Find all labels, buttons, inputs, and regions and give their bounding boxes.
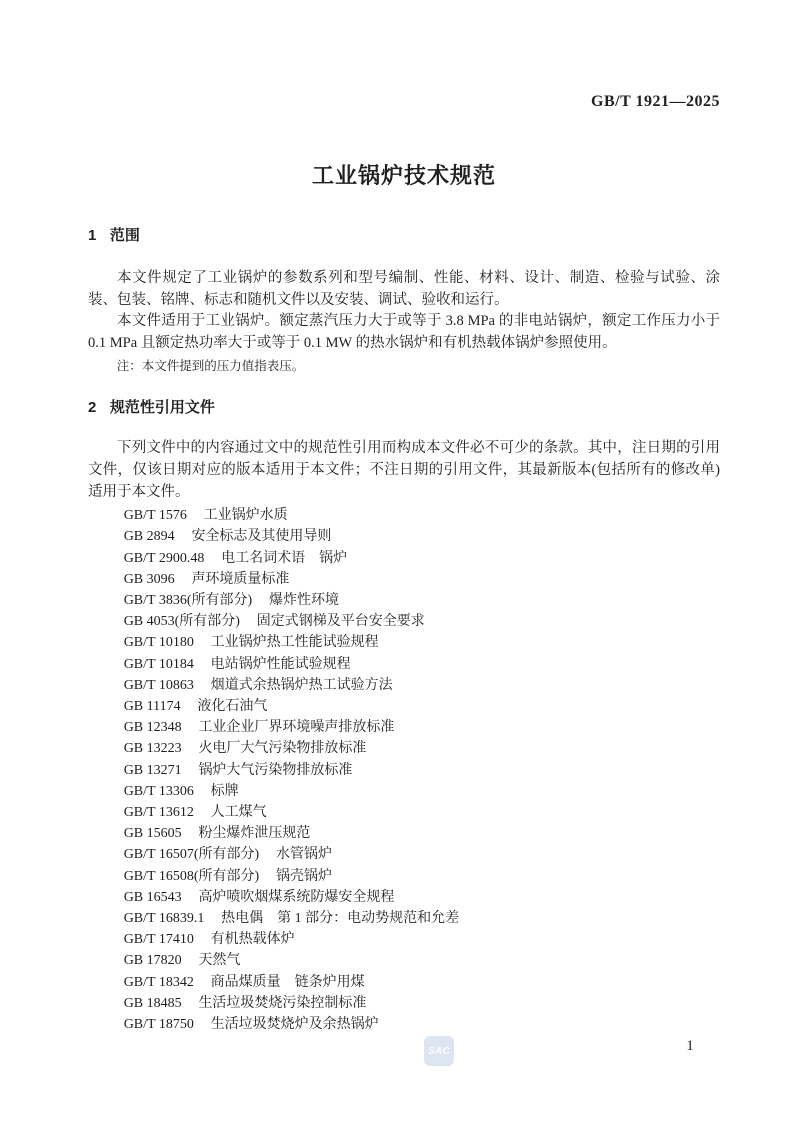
paragraph: 下列文件中的内容通过文中的规范性引用而构成本文件必不可少的条款。其中，注日期的引… [88,438,720,503]
document-page: GB/T 1921—2025 工业锅炉技术规范 1范围 本文件规定了工业锅炉的参… [0,0,800,1035]
note-text: 本文件提到的压力值指表压。 [142,359,305,373]
section-2-title: 规范性引用文件 [110,399,215,416]
section-2-number: 2 [88,399,96,416]
reference-title: 安全标志及其使用导则 [191,529,331,544]
reference-title: 热电偶 第 1 部分：电动势规范和允差 [221,911,459,926]
reference-code: GB/T 10863 [124,678,194,693]
reference-item: GB/T 10180工业锅炉热工性能试验规程 [124,632,720,653]
reference-code: GB/T 16508(所有部分) [124,869,259,884]
section-1-body: 本文件规定了工业锅炉的参数系列和型号编制、性能、材料、设计、制造、检验与试验、涂… [88,268,720,375]
reference-title: 爆炸性环境 [269,593,339,608]
reference-code: GB/T 18342 [124,975,194,990]
reference-item: GB/T 10184电站锅炉性能试验规程 [124,654,720,675]
reference-code: GB 11174 [124,699,181,714]
reference-item: GB 3096声环境质量标准 [124,569,720,590]
reference-title: 声环境质量标准 [191,572,289,587]
reference-code: GB 3096 [124,572,175,587]
reference-code: GB/T 2900.48 [124,551,205,566]
reference-item: GB 13271锅炉大气污染物排放标准 [124,760,720,781]
reference-title: 商品煤质量 链条炉用煤 [211,975,365,990]
reference-code: GB/T 3836(所有部分) [124,593,252,608]
sac-watermark-logo: SAC [424,1036,454,1066]
section-2-heading: 2规范性引用文件 [88,398,720,418]
reference-item: GB 2894安全标志及其使用导则 [124,526,720,547]
reference-title: 标牌 [211,784,239,799]
reference-title: 火电厂大气污染物排放标准 [198,741,366,756]
reference-code: GB 17820 [124,953,182,968]
reference-code: GB/T 13306 [124,784,194,799]
note-line: 注：本文件提到的压力值指表压。 [117,357,720,375]
reference-title: 电站锅炉性能试验规程 [211,657,351,672]
reference-code: GB/T 10184 [124,657,194,672]
references-list: GB/T 1576工业锅炉水质 GB 2894安全标志及其使用导则 GB/T 2… [88,505,720,1035]
section-1-heading: 1范围 [88,226,720,246]
reference-code: GB/T 16839.1 [124,911,205,926]
reference-title: 固定式钢梯及平台安全要求 [257,614,425,629]
reference-item: GB/T 2900.48电工名词术语 锅炉 [124,548,720,569]
reference-title: 烟道式余热锅炉热工试验方法 [211,678,393,693]
reference-item: GB 4053(所有部分)固定式钢梯及平台安全要求 [124,611,720,632]
reference-item: GB 17820天然气 [124,950,720,971]
reference-title: 工业锅炉热工性能试验规程 [211,635,379,650]
reference-item: GB 18485生活垃圾焚烧污染控制标准 [124,993,720,1014]
paragraph: 本文件适用于工业锅炉。额定蒸汽压力大于或等于 3.8 MPa 的非电站锅炉，额定… [88,311,720,354]
section-2-body: 下列文件中的内容通过文中的规范性引用而构成本文件必不可少的条款。其中，注日期的引… [88,438,720,1035]
reference-item: GB 12348工业企业厂界环境噪声排放标准 [124,717,720,738]
reference-code: GB 13223 [124,741,182,756]
reference-item: GB/T 1576工业锅炉水质 [124,505,720,526]
reference-code: GB/T 1576 [124,508,187,523]
reference-title: 人工煤气 [211,805,267,820]
reference-title: 电工名词术语 锅炉 [221,551,347,566]
document-title: 工业锅炉技术规范 [88,163,720,189]
reference-title: 高炉喷吹烟煤系统防爆安全规程 [198,890,394,905]
reference-title: 天然气 [198,953,240,968]
reference-title: 工业锅炉水质 [204,508,288,523]
reference-code: GB 4053(所有部分) [124,614,240,629]
reference-title: 有机热载体炉 [211,932,295,947]
reference-title: 锅壳锅炉 [276,869,332,884]
reference-title: 水管锅炉 [276,847,332,862]
reference-item: GB 15605粉尘爆炸泄压规范 [124,823,720,844]
reference-code: GB 16543 [124,890,182,905]
reference-code: GB/T 17410 [124,932,194,947]
reference-title: 锅炉大气污染物排放标准 [198,763,352,778]
page-number: 1 [678,1036,702,1056]
reference-title: 液化石油气 [197,699,267,714]
reference-item: GB 13223火电厂大气污染物排放标准 [124,738,720,759]
reference-item: GB/T 18750生活垃圾焚烧炉及余热锅炉 [124,1014,720,1035]
reference-title: 粉尘爆炸泄压规范 [198,826,310,841]
reference-item: GB/T 16839.1热电偶 第 1 部分：电动势规范和允差 [124,908,720,929]
reference-code: GB/T 13612 [124,805,194,820]
reference-title: 生活垃圾焚烧污染控制标准 [198,996,366,1011]
paragraph: 本文件规定了工业锅炉的参数系列和型号编制、性能、材料、设计、制造、检验与试验、涂… [88,268,720,311]
reference-code: GB 15605 [124,826,182,841]
reference-code: GB/T 18750 [124,1017,194,1032]
reference-item: GB/T 16508(所有部分)锅壳锅炉 [124,866,720,887]
section-1-title: 范围 [110,227,140,244]
reference-item: GB/T 10863烟道式余热锅炉热工试验方法 [124,675,720,696]
reference-title: 生活垃圾焚烧炉及余热锅炉 [211,1017,379,1032]
reference-item: GB/T 16507(所有部分)水管锅炉 [124,844,720,865]
reference-code: GB 2894 [124,529,175,544]
reference-item: GB/T 13612人工煤气 [124,802,720,823]
section-1-number: 1 [88,227,96,244]
reference-item: GB/T 18342商品煤质量 链条炉用煤 [124,972,720,993]
reference-code: GB/T 16507(所有部分) [124,847,259,862]
note-label: 注： [117,359,142,373]
reference-code: GB/T 10180 [124,635,194,650]
reference-code: GB 13271 [124,763,182,778]
reference-item: GB/T 13306标牌 [124,781,720,802]
reference-code: GB 18485 [124,996,182,1011]
reference-item: GB/T 17410有机热载体炉 [124,929,720,950]
reference-item: GB 16543高炉喷吹烟煤系统防爆安全规程 [124,887,720,908]
reference-item: GB/T 3836(所有部分)爆炸性环境 [124,590,720,611]
reference-item: GB 11174液化石油气 [124,696,720,717]
standard-code-header: GB/T 1921—2025 [88,93,720,111]
reference-title: 工业企业厂界环境噪声排放标准 [198,720,394,735]
reference-code: GB 12348 [124,720,182,735]
